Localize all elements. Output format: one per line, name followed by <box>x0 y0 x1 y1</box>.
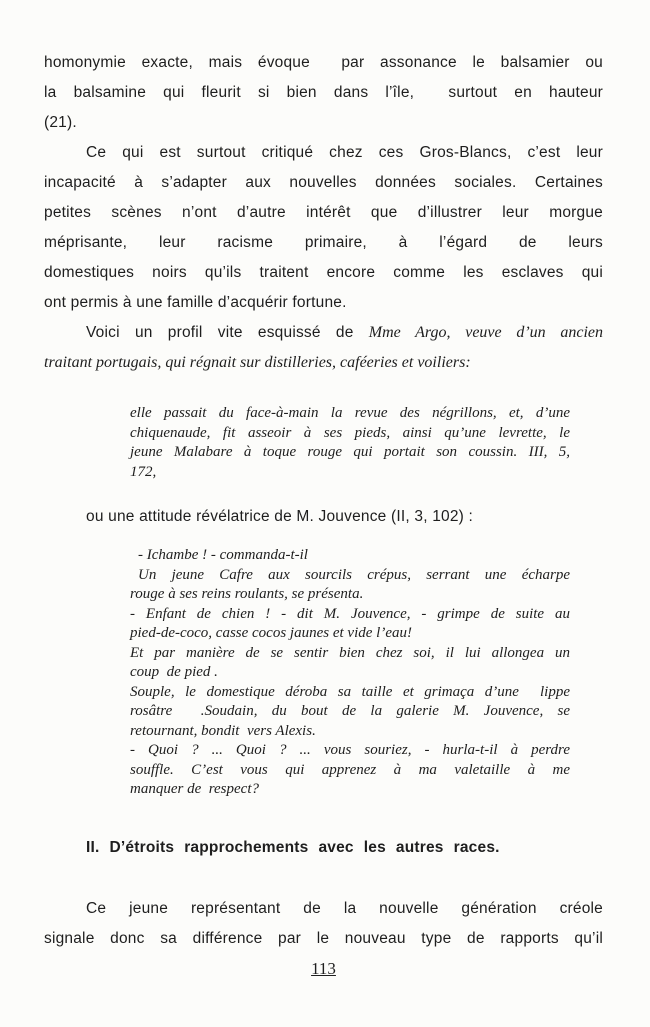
block-quote-jouvence: - Ichambe ! - commanda-t-il Un jeune Caf… <box>130 546 570 800</box>
block-quote-argo: elle passait du face-à-main la revue des… <box>130 404 570 482</box>
paragraph-gros-blancs: Ce qui est surtout critiqué chez ces Gro… <box>44 138 603 318</box>
paragraph-jeune-representant: Ce jeune représentant de la nouvelle gén… <box>44 894 603 954</box>
paragraph-continuation: homonymie exacte, mais évoque par assona… <box>44 48 603 138</box>
quote-line: souffle. C’est vous qui apprenez à ma va… <box>130 761 570 781</box>
quote-line: rouge à ses reins roulants, se présenta. <box>130 585 570 605</box>
text-line: (21). <box>44 108 603 138</box>
text-line: domestiques noirs qu’ils traitent encore… <box>44 258 603 288</box>
page-number: 113 <box>44 958 603 980</box>
document-page: homonymie exacte, mais évoque par assona… <box>0 0 650 1027</box>
text-line: incapacité à s’adapter aux nouvelles don… <box>44 168 603 198</box>
roman-text: Voici un profil vite esquissé de <box>86 324 369 341</box>
quote-line: Un jeune Cafre aux sourcils crépus, serr… <box>130 566 570 586</box>
text-line: petites scènes n’ont d’autre intérêt que… <box>44 198 603 228</box>
text-line: ont permis à une famille d’acquérir fort… <box>44 288 603 318</box>
paragraph-profil: Voici un profil vite esquissé de Mme Arg… <box>44 318 603 378</box>
text-line: Ce jeune représentant de la nouvelle gén… <box>44 894 603 924</box>
quote-line: elle passait du face-à-main la revue des… <box>130 404 570 424</box>
quote-line: chiquenaude, fit asseoir à ses pieds, ai… <box>130 424 570 444</box>
text-line: traitant portugais, qui régnait sur dist… <box>44 348 603 378</box>
quote-line: pied-de-coco, casse cocos jaunes et vide… <box>130 624 570 644</box>
quote-line: manquer de respect? <box>130 780 570 800</box>
section-heading: II. D’étroits rapprochements avec les au… <box>44 834 603 862</box>
quote-line: coup de pied . <box>130 663 570 683</box>
quote-line: retournant, bondit vers Alexis. <box>130 722 570 742</box>
text-line: Voici un profil vite esquissé de Mme Arg… <box>44 318 603 348</box>
text-line: homonymie exacte, mais évoque par assona… <box>44 48 603 78</box>
quote-line: rosâtre .Soudain, du bout de la galerie … <box>130 702 570 722</box>
quote-line: 172, <box>130 463 570 483</box>
italic-text: Mme Argo, veuve d’un ancien <box>369 324 603 341</box>
quote-line: Et par manière de se sentir bien chez so… <box>130 644 570 664</box>
text-line: signale donc sa différence par le nouvea… <box>44 924 603 954</box>
paragraph-attitude: ou une attitude révélatrice de M. Jouven… <box>44 502 603 532</box>
page-number-value: 113 <box>311 959 336 978</box>
text-line: méprisante, leur racisme primaire, à l’é… <box>44 228 603 258</box>
quote-line: - Ichambe ! - commanda-t-il <box>130 546 570 566</box>
quote-line: - Enfant de chien ! - dit M. Jouvence, -… <box>130 605 570 625</box>
quote-line: Souple, le domestique déroba sa taille e… <box>130 683 570 703</box>
text-line: la balsamine qui fleurit si bien dans l’… <box>44 78 603 108</box>
quote-line: jeune Malabare à toque rouge qui portait… <box>130 443 570 463</box>
text-line: Ce qui est surtout critiqué chez ces Gro… <box>44 138 603 168</box>
quote-line: - Quoi ? ... Quoi ? ... vous souriez, - … <box>130 741 570 761</box>
